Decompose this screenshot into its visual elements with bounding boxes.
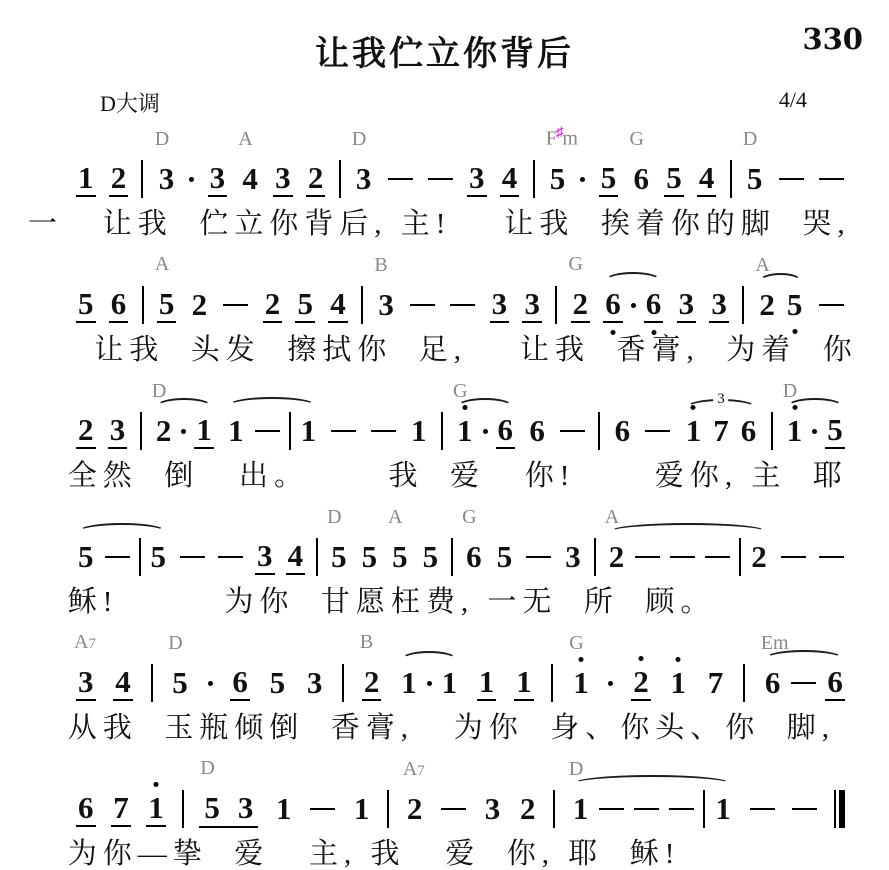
low-octave-dot <box>611 330 616 335</box>
note-digit: 1 <box>571 666 591 700</box>
lyrics-line: 为你—挚 爱 主, 我 爱 你, 耶 稣! <box>0 832 889 870</box>
note: 1 <box>274 792 294 826</box>
slur-group: 2A5 <box>757 288 804 322</box>
chord-label: D <box>155 129 169 149</box>
note: 6G <box>464 540 484 574</box>
note: 5 <box>76 540 96 574</box>
note: 1D <box>785 414 805 448</box>
note-digit: 1 <box>571 792 591 826</box>
chord-label: B <box>374 255 387 275</box>
note: 2 <box>109 161 129 197</box>
music-line: 6715D3112A7321D1 <box>0 750 889 832</box>
note-digit: 6 <box>527 414 547 448</box>
slur-group: 1D5 <box>785 413 845 449</box>
note-digit: 2 <box>607 540 627 574</box>
note: 3 <box>108 413 128 449</box>
note: 5 <box>268 666 288 700</box>
barline <box>598 412 600 450</box>
lyrics-line: 全然 倒 出。 我 爱 你! 爱你, 主 耶 <box>0 454 889 498</box>
note-digit: 5 <box>268 666 288 700</box>
note: 5D <box>170 666 190 700</box>
slur-group: 2D1 <box>154 413 214 449</box>
note: 2 <box>263 287 283 323</box>
note: 6 <box>739 414 759 448</box>
note: 4 <box>286 539 306 575</box>
note-digit: 4 <box>328 287 348 323</box>
note: 1 <box>440 666 460 700</box>
note: 5 <box>785 288 805 322</box>
chord-label: D <box>569 759 583 779</box>
music-line: 123D34A323D345F♯m56G545D <box>0 120 889 202</box>
high-octave-dot <box>676 657 681 662</box>
note: 6 <box>230 665 250 701</box>
duration-dot <box>189 177 194 182</box>
score-system: 232D11111G66631761D5 全然 倒 出。 我 爱 你! 爱你, … <box>0 372 889 498</box>
duration-dash <box>526 556 551 559</box>
note-digit: 5 <box>149 540 169 574</box>
note-digit: 3 <box>208 161 228 197</box>
note: 1 <box>76 161 96 197</box>
note: 1 <box>409 414 429 448</box>
duration-dash <box>645 430 670 433</box>
note-digit: 2 <box>190 288 210 322</box>
barline <box>703 790 705 828</box>
note: 5 <box>664 161 684 197</box>
note: 2 <box>76 413 96 449</box>
chord-label: D <box>327 507 341 527</box>
high-octave-dot <box>578 657 583 662</box>
note-digit: 3 <box>522 287 542 323</box>
lyrics-line: 从我 玉瓶倾倒 香膏, 为你 身、你头、你 脚, <box>0 706 889 750</box>
note-digit: 1 <box>299 414 319 448</box>
note: 6 <box>527 414 547 448</box>
note: 2A7 <box>405 792 425 826</box>
duration-dash <box>388 178 413 181</box>
note-digit: 1 <box>440 666 460 700</box>
note-digit: 5 <box>390 540 410 574</box>
barline <box>451 538 453 576</box>
duration-dash <box>781 556 806 559</box>
note-digit: 6 <box>496 413 516 449</box>
barline <box>743 664 745 702</box>
note-digit: 5 <box>421 540 441 574</box>
note: 3 <box>305 666 325 700</box>
note: 3B <box>376 288 396 322</box>
note: 1 <box>299 414 319 448</box>
chord-label: G <box>569 633 583 653</box>
barline <box>553 790 555 828</box>
note: 2A <box>757 288 777 322</box>
note-digit: 6 <box>76 791 96 827</box>
final-barline <box>834 790 845 828</box>
duration-dot <box>812 429 817 434</box>
slur-group: 11 <box>399 666 459 700</box>
note-digit: 1 <box>76 161 96 197</box>
note-digit: 3 <box>157 162 177 196</box>
duration-dot <box>608 681 613 686</box>
duration-dot <box>580 177 585 182</box>
note: 6 <box>496 413 516 449</box>
note-digit: 4 <box>697 161 717 197</box>
note: 1D <box>571 792 591 826</box>
duration-dash <box>791 682 816 685</box>
score-system: 55345D55A56G532A2 稣! 为你 甘愿枉费, 一无 所 顾。 <box>0 498 889 624</box>
note: 5 <box>149 540 169 574</box>
barline <box>551 664 553 702</box>
note: 5 <box>76 287 96 323</box>
note-digit: 2 <box>76 413 96 449</box>
note-digit: 2 <box>749 540 769 574</box>
note: 6 <box>825 665 845 701</box>
note: 1 <box>226 414 246 448</box>
chord-label: A <box>238 129 252 149</box>
note-digit: 5 <box>76 540 96 574</box>
note: 5D <box>329 540 349 574</box>
barline <box>339 160 341 198</box>
note: 5F♯m <box>548 162 568 196</box>
note: 1 <box>146 791 166 827</box>
note-digit: 6 <box>644 287 664 323</box>
barline <box>771 412 773 450</box>
lyrics-line: 稣! 为你 甘愿枉费, 一无 所 顾。 <box>0 580 889 624</box>
barline <box>316 538 318 576</box>
note: 5D <box>745 162 765 196</box>
beam-group: 5D3 <box>199 791 258 828</box>
note-digit: 6 <box>825 665 845 701</box>
note-digit: 2 <box>631 665 651 701</box>
note-digit: 3 <box>354 162 374 196</box>
note-digit: 3 <box>490 287 510 323</box>
note-digit: 1 <box>409 414 429 448</box>
note: 4 <box>697 161 717 197</box>
note-digit: 1 <box>455 414 475 448</box>
duration-dash <box>331 430 356 433</box>
note: 2G <box>571 287 591 323</box>
slur-group: 3176 <box>684 414 759 448</box>
slur-group: 2A2 <box>607 538 769 576</box>
barline <box>182 790 184 828</box>
note: 1 <box>713 792 733 826</box>
score-body: 123D34A323D345F♯m56G545D一 让我 伫立你背后, 主! 让… <box>0 118 889 870</box>
barline <box>387 790 389 828</box>
barline <box>289 412 291 450</box>
note-digit: 2 <box>362 665 382 701</box>
note-digit: 1 <box>399 666 419 700</box>
score-system: 3A745D6532B11111G2176Em6 从我 玉瓶倾倒 香膏, 为你 … <box>0 624 889 750</box>
note-digit: 3 <box>255 539 275 575</box>
note-digit: 1 <box>684 414 704 448</box>
note-digit: 7 <box>706 666 726 700</box>
duration-dot <box>427 681 432 686</box>
note-digit: 3 <box>709 287 729 323</box>
barline <box>739 538 741 576</box>
note-digit: 2 <box>518 792 538 826</box>
meta-row: D大调 4/4 <box>0 75 889 118</box>
high-octave-dot <box>792 405 797 410</box>
note-digit: 1 <box>514 665 534 701</box>
note-digit: 3 <box>76 665 96 701</box>
duration-dash <box>410 304 435 307</box>
note: 5 <box>495 540 515 574</box>
note-digit: 6 <box>603 287 623 323</box>
note-digit: 1 <box>477 665 497 701</box>
chord-label: G <box>453 381 467 401</box>
chord-label: G <box>629 129 643 149</box>
music-line: 232D11111G66631761D5 <box>0 372 889 454</box>
note-digit: 5 <box>170 666 190 700</box>
note: 3 <box>490 287 510 323</box>
note-digit: 3 <box>273 161 293 197</box>
note-digit: 1 <box>713 792 733 826</box>
barline <box>441 412 443 450</box>
note-digit: 1 <box>352 792 372 826</box>
chord-label: A7 <box>403 759 425 779</box>
note: 3 <box>208 161 228 197</box>
note-digit: 5 <box>785 288 805 322</box>
duration-dot <box>483 429 488 434</box>
high-octave-dot <box>462 405 467 410</box>
chord-label: G <box>569 254 583 274</box>
high-octave-dot <box>154 782 159 787</box>
note-digit: 4 <box>500 161 520 197</box>
slur-group: 1D1 <box>571 790 733 828</box>
note-digit: 5 <box>295 287 315 323</box>
note: 4 <box>500 161 520 197</box>
note-digit: 5 <box>599 161 619 197</box>
note-digit: 3 <box>483 792 503 826</box>
note-digit: 7 <box>111 791 131 827</box>
barline <box>342 664 344 702</box>
sheet-music-page: 330 让我伫立你背后 D大调 4/4 123D34A323D345F♯m56G… <box>0 0 889 870</box>
note-digit: 5 <box>360 540 380 574</box>
music-line: 55345D55A56G532A2 <box>0 498 889 580</box>
note: 1G <box>455 414 475 448</box>
note-digit: 6 <box>631 162 651 196</box>
note: 4 <box>113 665 133 701</box>
note: 2 <box>518 792 538 826</box>
duration-dash <box>670 556 695 559</box>
barline <box>141 160 143 198</box>
sharp-icon: ♯ <box>556 125 564 141</box>
slur-group: 1G6 <box>455 413 515 449</box>
high-octave-dot <box>639 656 644 661</box>
note: 3D <box>354 162 374 196</box>
music-line: 3A745D6532B11111G2176Em6 <box>0 624 889 706</box>
chord-label: A <box>388 507 402 527</box>
note: 7 <box>706 666 726 700</box>
note: 3 <box>273 161 293 197</box>
duration-dash <box>599 808 624 811</box>
duration-dot <box>631 303 636 308</box>
note-digit: 2 <box>757 288 777 322</box>
score-system: 6715D3112A7321D1 为你—挚 爱 主, 我 爱 你, 耶 稣! <box>0 750 889 870</box>
note: 6Em <box>763 666 783 700</box>
note-digit: 2 <box>154 414 174 448</box>
chord-label: D <box>152 381 166 401</box>
note-digit: 2 <box>263 287 283 323</box>
chord-label: A <box>155 254 169 274</box>
duration-dash <box>105 556 130 559</box>
note-digit: 1 <box>274 792 294 826</box>
note-digit: 1 <box>146 791 166 827</box>
note-digit: 5 <box>329 540 349 574</box>
duration-dash <box>669 808 694 811</box>
chord-label: D <box>352 129 366 149</box>
chord-label: D <box>168 633 182 653</box>
music-line: 565A22543B332G66332A5 <box>0 246 889 328</box>
note-digit: 3 <box>236 791 256 825</box>
low-octave-dot <box>792 329 797 334</box>
barline <box>594 538 596 576</box>
time-signature: 4/4 <box>779 87 807 118</box>
note: 3 <box>236 791 256 825</box>
note: 1G <box>571 666 591 700</box>
chord-label: D <box>743 129 757 149</box>
page-number: 330 <box>802 22 863 56</box>
duration-dash <box>371 430 396 433</box>
tuplet-number: 3 <box>713 392 729 407</box>
note: 6G <box>631 162 651 196</box>
duration-dash <box>792 808 817 811</box>
note-digit: 3 <box>563 540 583 574</box>
note-digit: 5 <box>157 287 177 323</box>
chord-label: A <box>605 507 619 527</box>
chord-label: A7 <box>74 632 96 652</box>
chord-label: A <box>755 255 769 275</box>
note-digit: 1 <box>669 666 689 700</box>
chord-label: Em <box>761 633 789 653</box>
chord-label: F♯m <box>546 126 578 149</box>
duration-dash <box>750 808 775 811</box>
duration-dash <box>705 556 730 559</box>
note-digit: 5 <box>745 162 765 196</box>
duration-dash <box>635 556 660 559</box>
note: 1 <box>352 792 372 826</box>
barline <box>533 160 535 198</box>
barline <box>139 538 141 576</box>
note-digit: 1 <box>785 414 805 448</box>
note: 1 <box>514 665 534 701</box>
note-digit: 1 <box>226 414 246 448</box>
slur-group: 55 <box>76 538 168 576</box>
note-digit: 2 <box>571 287 591 323</box>
note: 6 <box>613 414 633 448</box>
note: 6 <box>109 287 129 323</box>
note-digit: 2 <box>405 792 425 826</box>
slur-group: 66 <box>603 287 663 323</box>
duration-dash <box>310 808 335 811</box>
note: 6 <box>603 287 623 323</box>
note-digit: 5 <box>825 413 845 449</box>
note: 3 <box>677 287 697 323</box>
note: 3D <box>157 162 177 196</box>
low-octave-dot <box>651 330 656 335</box>
note-digit: 4 <box>113 665 133 701</box>
duration-dot <box>181 429 186 434</box>
chord-label: B <box>360 632 373 652</box>
note: 5 <box>825 413 845 449</box>
note-digit: 6 <box>109 287 129 323</box>
slur-arc <box>78 523 166 540</box>
note: 3 <box>709 287 729 323</box>
slur-group: 6Em6 <box>763 665 845 701</box>
note: 2 <box>190 288 210 322</box>
chord-label: G <box>462 507 476 527</box>
note: 5A <box>390 540 410 574</box>
note: 2D <box>154 414 174 448</box>
key-signature: D大调 <box>100 87 160 118</box>
chord-extension: 7 <box>417 763 425 779</box>
duration-dash <box>819 178 844 181</box>
note: 1 <box>194 413 214 449</box>
note: 1 <box>669 666 689 700</box>
note-digit: 5 <box>548 162 568 196</box>
note: 3 <box>483 792 503 826</box>
note: 2A <box>607 540 627 574</box>
note-digit: 3 <box>376 288 396 322</box>
duration-dash <box>441 808 466 811</box>
note-digit: 5 <box>495 540 515 574</box>
song-title: 让我伫立你背后 <box>0 26 889 75</box>
note-digit: 6 <box>739 414 759 448</box>
note: 3 <box>563 540 583 574</box>
note: 5 <box>360 540 380 574</box>
slur-arc <box>609 523 767 540</box>
duration-dash <box>255 430 280 433</box>
note: 7 <box>711 414 731 448</box>
note-digit: 6 <box>464 540 484 574</box>
slur-arc <box>228 397 316 414</box>
score-system: 565A22543B332G66332A5 让我 头发 擦拭你 足, 让我 香膏… <box>0 246 889 372</box>
note: 5 <box>295 287 315 323</box>
note: 2 <box>631 665 651 701</box>
note: 5 <box>421 540 441 574</box>
note: 2 <box>306 161 326 197</box>
lyrics-line: 一 让我 伫立你背后, 主! 让我 挨着你的脚 哭, <box>0 202 889 246</box>
note: 3 <box>255 539 275 575</box>
slur-arc <box>573 775 731 792</box>
note-digit: 2 <box>306 161 326 197</box>
note: 2B <box>362 665 382 701</box>
chord-extension: 7 <box>88 636 96 652</box>
note-digit: 5 <box>664 161 684 197</box>
note-digit: 5 <box>76 287 96 323</box>
note: 3 <box>522 287 542 323</box>
note-digit: 4 <box>286 539 306 575</box>
high-octave-dot <box>691 405 696 410</box>
note-digit: 6 <box>613 414 633 448</box>
note-digit: 2 <box>109 161 129 197</box>
note-digit: 6 <box>763 666 783 700</box>
duration-dash <box>218 556 243 559</box>
barline <box>555 286 557 324</box>
note: 1 <box>477 665 497 701</box>
barline <box>742 286 744 324</box>
note: 7 <box>111 791 131 827</box>
note: 4A <box>240 162 260 196</box>
note: 2 <box>749 540 769 574</box>
note: 1 <box>684 414 704 448</box>
note: 5 <box>599 161 619 197</box>
barline <box>140 412 142 450</box>
duration-dash <box>180 556 205 559</box>
note: 5D <box>202 791 222 825</box>
duration-dash <box>634 808 659 811</box>
duration-dash <box>560 430 585 433</box>
duration-dash <box>223 304 248 307</box>
note-digit: 4 <box>240 162 260 196</box>
note-digit: 3 <box>467 161 487 197</box>
